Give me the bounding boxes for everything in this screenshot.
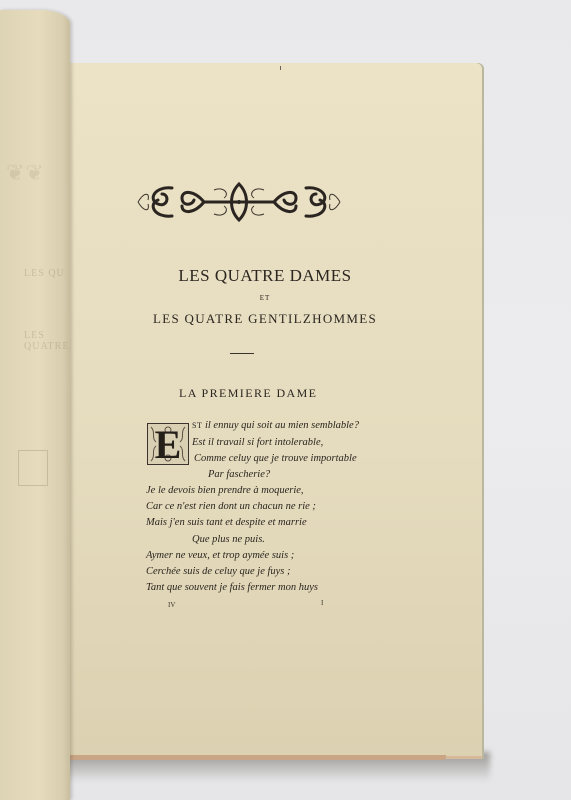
page-fold-mark bbox=[280, 66, 281, 70]
page-bottom-edge bbox=[66, 755, 446, 760]
page-title: LES QUATRE DAMES bbox=[100, 266, 430, 286]
poem-line: Je le devois bien prendre à moquerie, bbox=[146, 485, 304, 496]
show-through-subtitle: LES QUATRE bbox=[24, 330, 70, 352]
poem-line: Aymer ne veux, et trop aymée suis ; bbox=[146, 550, 294, 561]
drop-cap: E bbox=[147, 423, 189, 465]
drop-cap-letter: E bbox=[148, 423, 188, 465]
signature-mark: IV bbox=[168, 601, 175, 609]
poem-line: Comme celuy que je trouve importable bbox=[194, 453, 357, 464]
ornamental-headpiece-icon bbox=[134, 180, 344, 224]
poem-line: Que plus ne puis. bbox=[192, 534, 265, 545]
section-heading: LA PREMIERE DAME bbox=[179, 386, 379, 401]
title-conjunction: ET bbox=[100, 294, 430, 302]
poem-line: Est il travail si fort intolerable, bbox=[192, 437, 323, 448]
poem-line: Cerchée suis de celuy que je fuys ; bbox=[146, 566, 291, 577]
poem-line: Par fascherie? bbox=[208, 469, 270, 480]
show-through-dropcap bbox=[18, 450, 48, 486]
poem-line: Tant que souvent je fais fermer mon huys bbox=[146, 582, 318, 593]
signature-mark-right: I bbox=[321, 599, 323, 607]
poem-line: Mais j'en suis tant et despite et marrie bbox=[146, 517, 307, 528]
page-subtitle: LES QUATRE GENTILZHOMMES bbox=[100, 311, 430, 327]
title-rule bbox=[230, 353, 254, 354]
left-page-edge: ❦❦ LES QU LES QUATRE bbox=[0, 10, 70, 800]
show-through-title: LES QU bbox=[24, 268, 65, 279]
right-page bbox=[64, 63, 484, 759]
poem-line: Car ce n'est rien dont un chacun ne rie … bbox=[146, 501, 316, 512]
poem-line: ST il ennuy qui soit au mien semblable? bbox=[192, 420, 359, 431]
show-through-ornament: ❦❦ bbox=[6, 160, 45, 186]
